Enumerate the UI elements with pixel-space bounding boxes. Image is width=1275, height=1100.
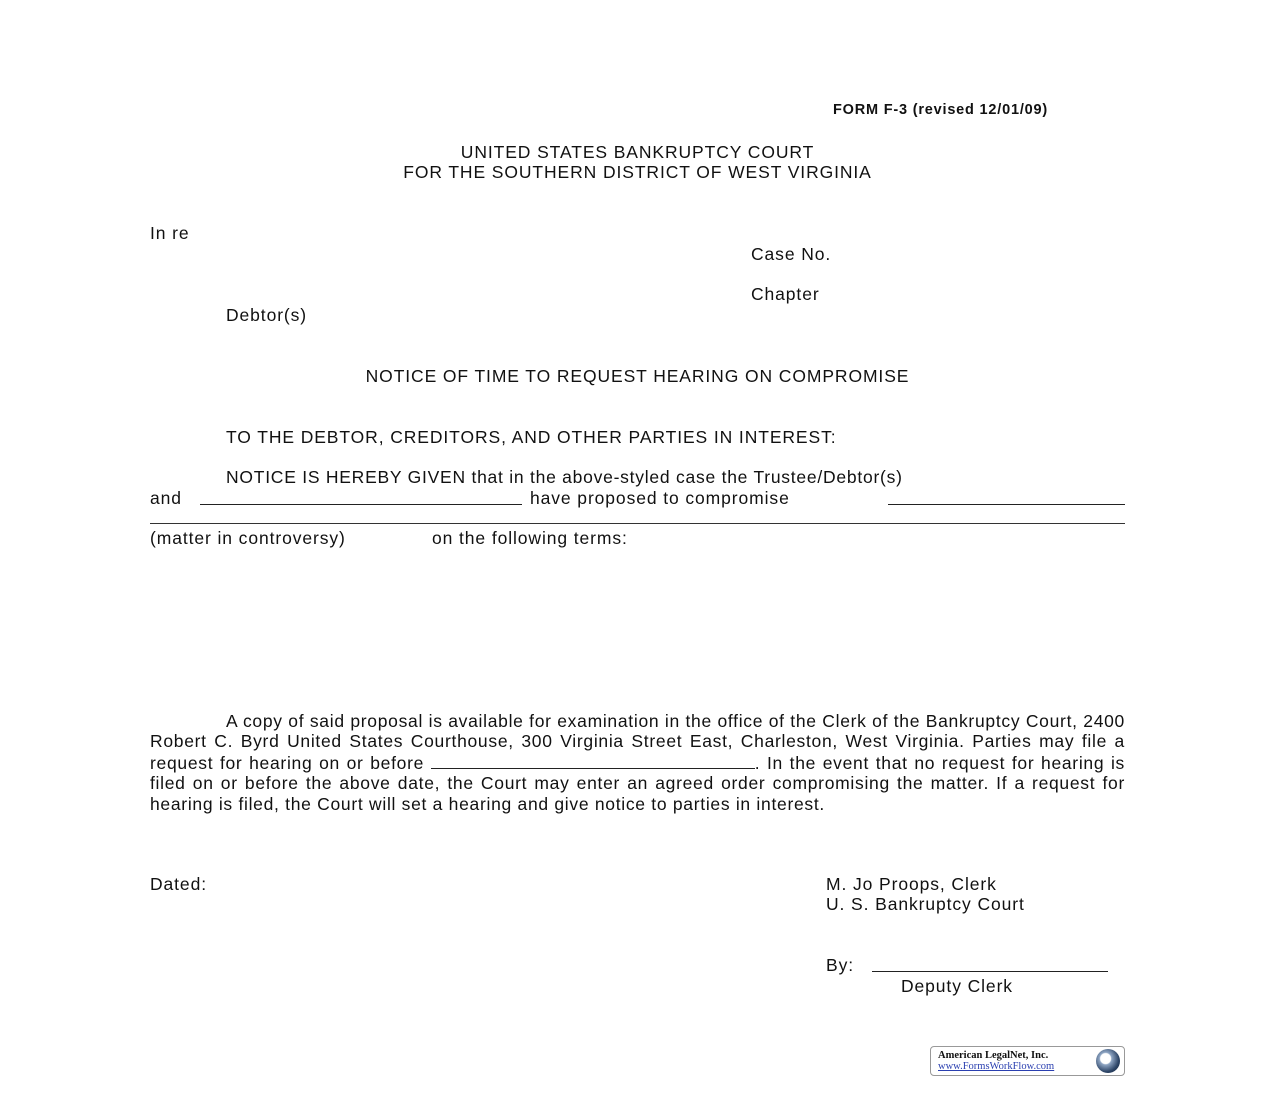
notice-line: NOTICE IS HEREBY GIVEN that in the above… xyxy=(226,467,903,487)
by-label: By: xyxy=(826,955,854,975)
matter-blank-line[interactable] xyxy=(150,523,1125,524)
badge-url-link[interactable]: www.FormsWorkFlow.com xyxy=(938,1061,1054,1072)
salutation: TO THE DEBTOR, CREDITORS, AND OTHER PART… xyxy=(226,427,837,447)
document-title: NOTICE OF TIME TO REQUEST HEARING ON COM… xyxy=(0,366,1275,386)
globe-logo-icon xyxy=(1096,1049,1120,1073)
debtors-label: Debtor(s) xyxy=(226,305,307,325)
court-district: FOR THE SOUTHERN DISTRICT OF WEST VIRGIN… xyxy=(0,162,1275,182)
notice-and: and xyxy=(150,488,182,508)
signature-blank[interactable] xyxy=(872,955,1108,972)
matter-label: (matter in controversy) xyxy=(150,528,346,548)
notice-proposed: have proposed to compromise xyxy=(530,488,790,508)
copy-paragraph: A copy of said proposal is available for… xyxy=(150,711,1125,814)
case-no-label: Case No. xyxy=(751,244,831,264)
footer-badge[interactable]: American LegalNet, Inc. www.FormsWorkFlo… xyxy=(930,1046,1125,1076)
party-blank[interactable] xyxy=(200,488,522,505)
terms-label: on the following terms: xyxy=(432,528,628,548)
dated-label: Dated: xyxy=(150,874,207,894)
form-id: FORM F-3 (revised 12/01/09) xyxy=(833,102,1048,118)
deputy-clerk-label: Deputy Clerk xyxy=(901,976,1013,996)
badge-company: American LegalNet, Inc. xyxy=(938,1050,1048,1061)
clerk-court: U. S. Bankruptcy Court xyxy=(826,894,1025,914)
chapter-label: Chapter xyxy=(751,284,820,304)
matter-blank[interactable] xyxy=(888,488,1125,505)
clerk-name: M. Jo Proops, Clerk xyxy=(826,874,997,894)
in-re-label: In re xyxy=(150,223,190,243)
court-name: UNITED STATES BANKRUPTCY COURT xyxy=(0,142,1275,162)
hearing-date-blank[interactable] xyxy=(431,752,755,769)
